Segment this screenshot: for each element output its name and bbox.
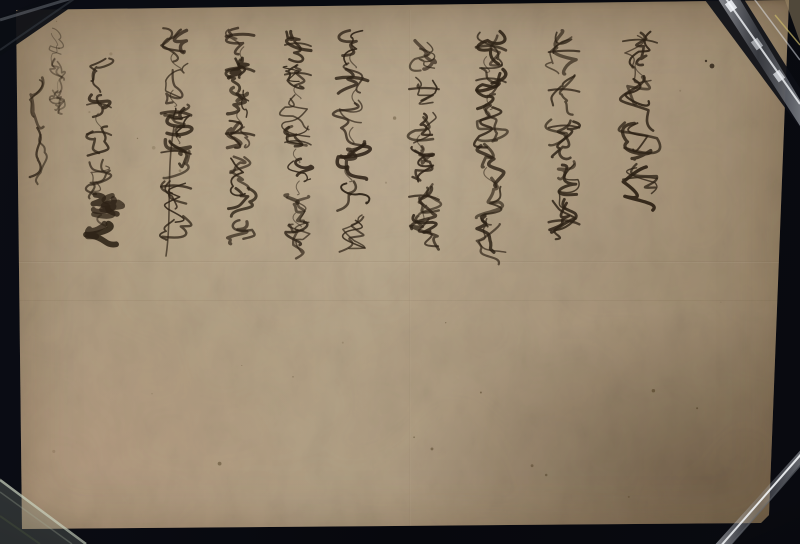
calligraphy-and-stand-layer (0, 0, 800, 544)
photo-of-calligraphy-letter: 吟書〆分 と極角は松 汎すらの渡海 に姚とりし此 毛利就て山出 立てし候具足と … (0, 0, 800, 544)
paper-stain-texture (0, 0, 800, 544)
